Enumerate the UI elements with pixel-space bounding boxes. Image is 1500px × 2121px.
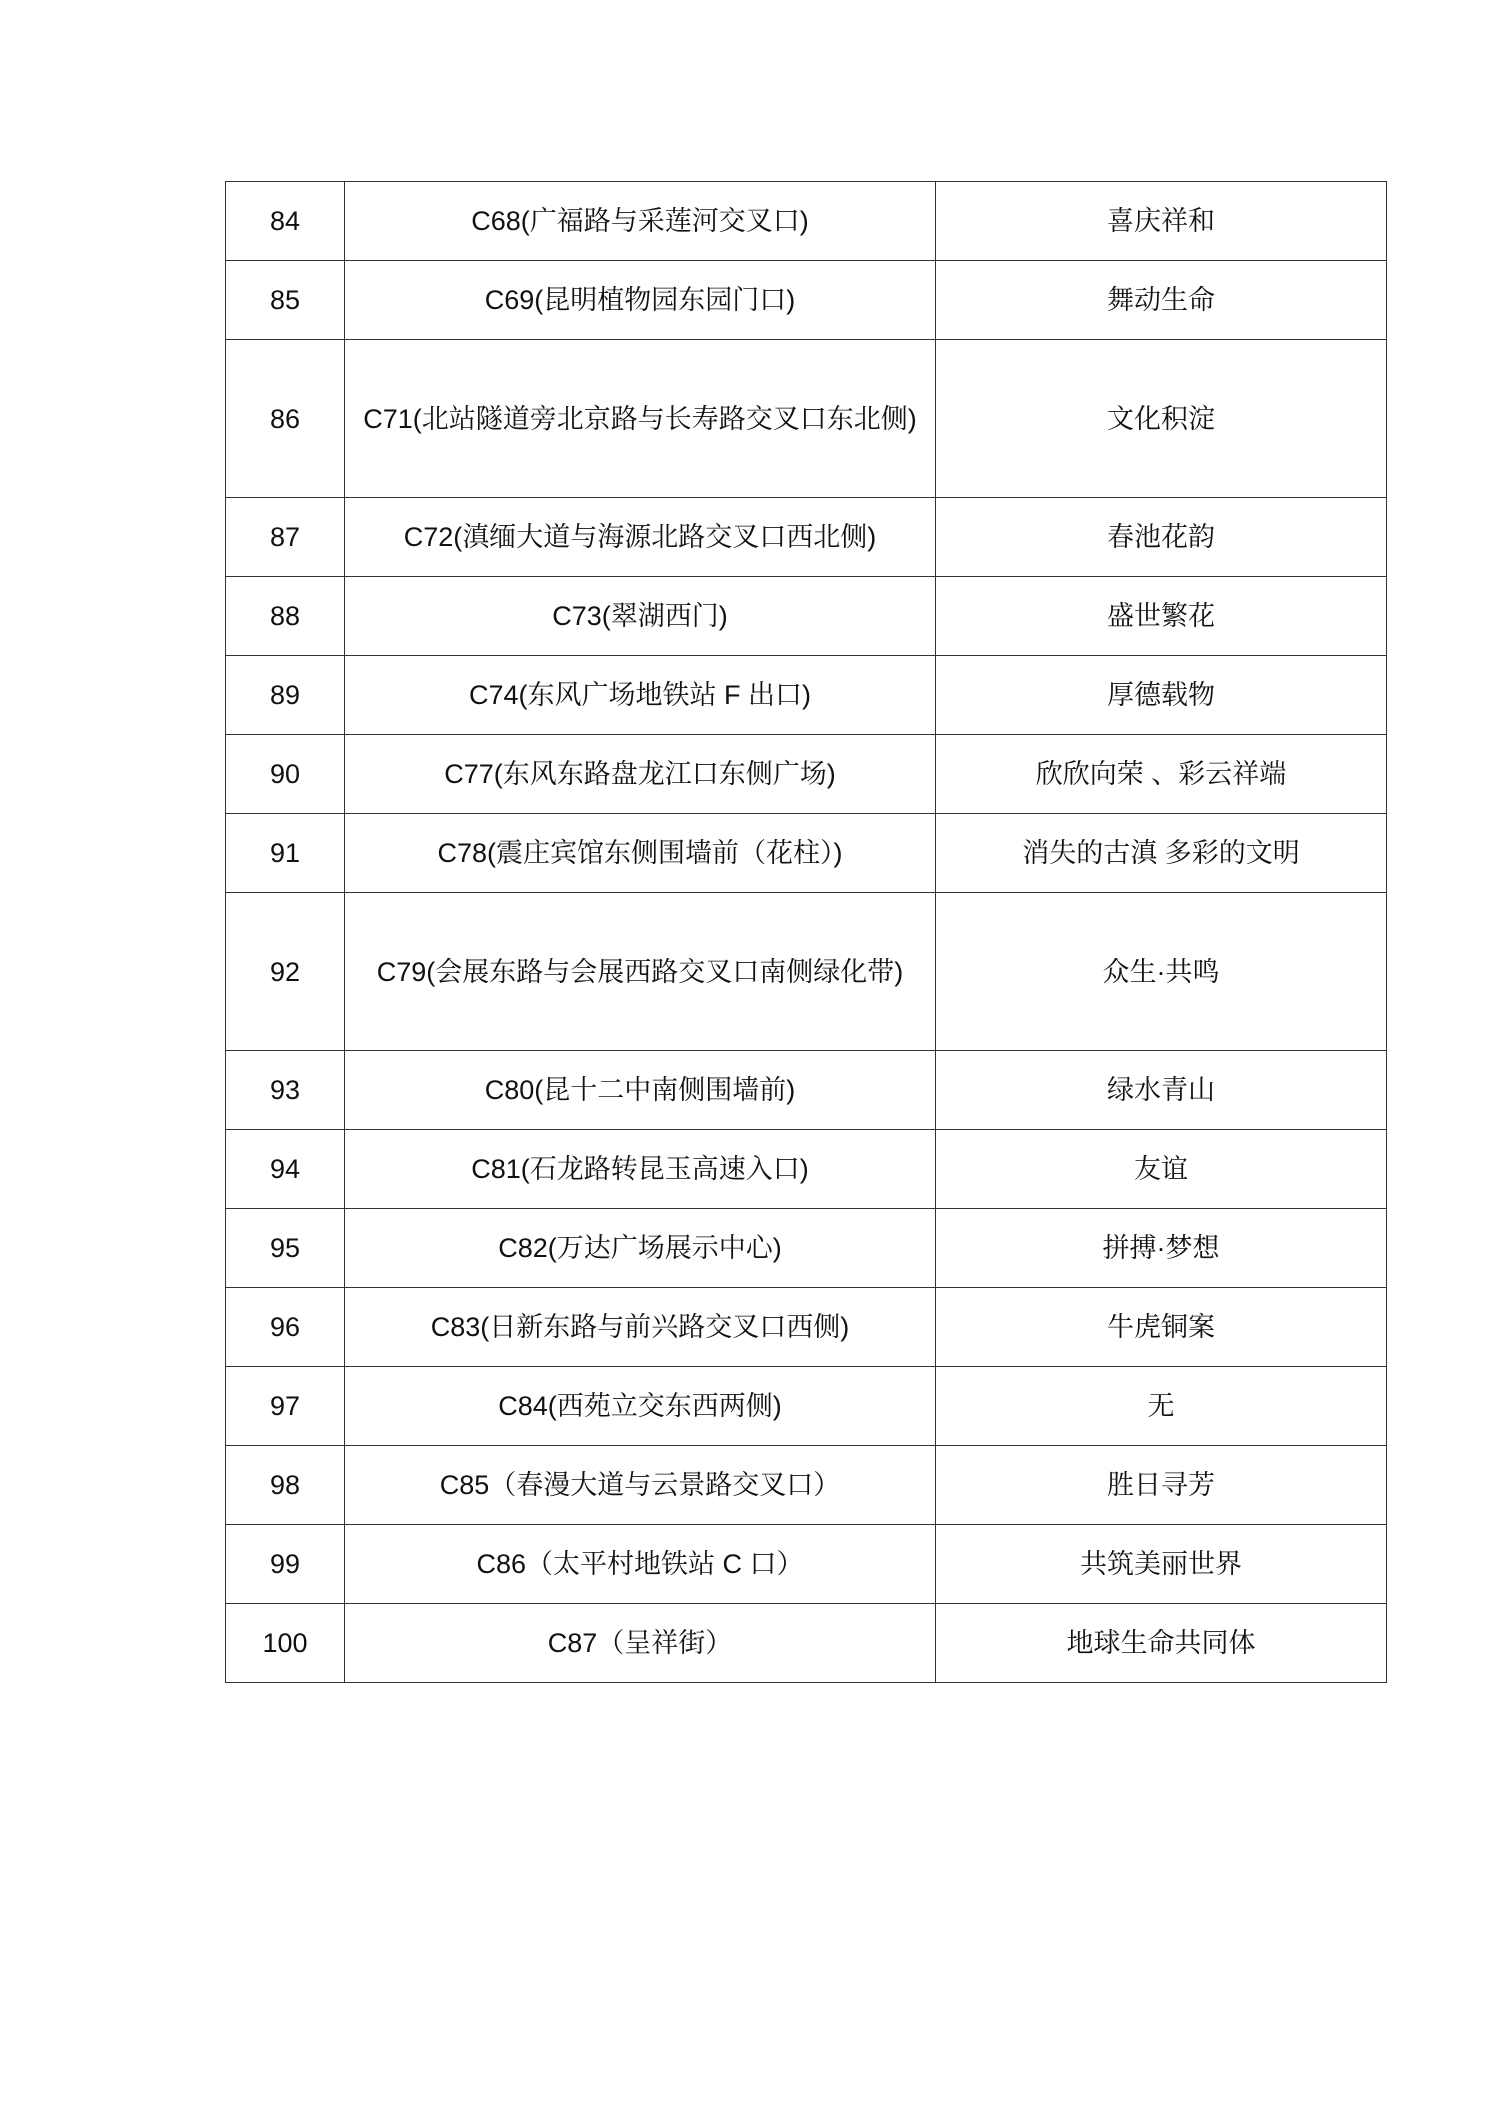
location-cell: C83(日新东路与前兴路交叉口西侧) [345,1288,936,1367]
table-row: 94 C81(石龙路转昆玉高速入口) 友谊 [226,1130,1387,1209]
table-body: 84 C68(广福路与采莲河交叉口) 喜庆祥和 85 C69(昆明植物园东园门口… [226,182,1387,1683]
location-cell: C86（太平村地铁站 C 口） [345,1525,936,1604]
sculpture-name-cell: 无 [936,1367,1387,1446]
location-cell: C74(东风广场地铁站 F 出口) [345,656,936,735]
row-number-cell: 95 [226,1209,345,1288]
sculpture-name-cell: 欣欣向荣 、彩云祥端 [936,735,1387,814]
location-cell: C77(东风东路盘龙江口东侧广场) [345,735,936,814]
row-number-cell: 94 [226,1130,345,1209]
table-row: 98 C85（春漫大道与云景路交叉口） 胜日寻芳 [226,1446,1387,1525]
row-number-cell: 86 [226,340,345,498]
row-number-cell: 98 [226,1446,345,1525]
location-cell: C69(昆明植物园东园门口) [345,261,936,340]
row-number-cell: 88 [226,577,345,656]
row-number-cell: 89 [226,656,345,735]
location-cell: C82(万达广场展示中心) [345,1209,936,1288]
table-row: 86 C71(北站隧道旁北京路与长寿路交叉口东北侧) 文化积淀 [226,340,1387,498]
location-cell: C78(震庄宾馆东侧围墙前（花柱）) [345,814,936,893]
location-cell: C71(北站隧道旁北京路与长寿路交叉口东北侧) [345,340,936,498]
location-cell: C80(昆十二中南侧围墙前) [345,1051,936,1130]
row-number-cell: 85 [226,261,345,340]
location-cell: C87（呈祥街） [345,1604,936,1683]
row-number-cell: 100 [226,1604,345,1683]
sculpture-location-table: 84 C68(广福路与采莲河交叉口) 喜庆祥和 85 C69(昆明植物园东园门口… [225,181,1387,1683]
table-row: 93 C80(昆十二中南侧围墙前) 绿水青山 [226,1051,1387,1130]
table-row: 96 C83(日新东路与前兴路交叉口西侧) 牛虎铜案 [226,1288,1387,1367]
row-number-cell: 91 [226,814,345,893]
row-number-cell: 96 [226,1288,345,1367]
table-row: 97 C84(西苑立交东西两侧) 无 [226,1367,1387,1446]
row-number-cell: 90 [226,735,345,814]
sculpture-name-cell: 喜庆祥和 [936,182,1387,261]
sculpture-name-cell: 众生·共鸣 [936,893,1387,1051]
row-number-cell: 99 [226,1525,345,1604]
sculpture-name-cell: 拼搏·梦想 [936,1209,1387,1288]
sculpture-name-cell: 绿水青山 [936,1051,1387,1130]
row-number-cell: 92 [226,893,345,1051]
row-number-cell: 97 [226,1367,345,1446]
sculpture-name-cell: 牛虎铜案 [936,1288,1387,1367]
sculpture-name-cell: 舞动生命 [936,261,1387,340]
sculpture-name-cell: 盛世繁花 [936,577,1387,656]
table-row: 100 C87（呈祥街） 地球生命共同体 [226,1604,1387,1683]
table-row: 89 C74(东风广场地铁站 F 出口) 厚德载物 [226,656,1387,735]
location-cell: C81(石龙路转昆玉高速入口) [345,1130,936,1209]
table-row: 84 C68(广福路与采莲河交叉口) 喜庆祥和 [226,182,1387,261]
table-row: 88 C73(翠湖西门) 盛世繁花 [226,577,1387,656]
location-cell: C85（春漫大道与云景路交叉口） [345,1446,936,1525]
location-cell: C79(会展东路与会展西路交叉口南侧绿化带) [345,893,936,1051]
row-number-cell: 87 [226,498,345,577]
table-row: 91 C78(震庄宾馆东侧围墙前（花柱）) 消失的古滇 多彩的文明 [226,814,1387,893]
row-number-cell: 93 [226,1051,345,1130]
sculpture-name-cell: 胜日寻芳 [936,1446,1387,1525]
location-cell: C72(滇缅大道与海源北路交叉口西北侧) [345,498,936,577]
sculpture-name-cell: 消失的古滇 多彩的文明 [936,814,1387,893]
location-cell: C73(翠湖西门) [345,577,936,656]
table-row: 92 C79(会展东路与会展西路交叉口南侧绿化带) 众生·共鸣 [226,893,1387,1051]
table-row: 99 C86（太平村地铁站 C 口） 共筑美丽世界 [226,1525,1387,1604]
sculpture-name-cell: 地球生命共同体 [936,1604,1387,1683]
table-row: 90 C77(东风东路盘龙江口东侧广场) 欣欣向荣 、彩云祥端 [226,735,1387,814]
table-row: 87 C72(滇缅大道与海源北路交叉口西北侧) 春池花韵 [226,498,1387,577]
sculpture-name-cell: 共筑美丽世界 [936,1525,1387,1604]
table-row: 95 C82(万达广场展示中心) 拼搏·梦想 [226,1209,1387,1288]
sculpture-name-cell: 友谊 [936,1130,1387,1209]
table-row: 85 C69(昆明植物园东园门口) 舞动生命 [226,261,1387,340]
sculpture-name-cell: 厚德载物 [936,656,1387,735]
location-cell: C68(广福路与采莲河交叉口) [345,182,936,261]
row-number-cell: 84 [226,182,345,261]
sculpture-name-cell: 春池花韵 [936,498,1387,577]
location-cell: C84(西苑立交东西两侧) [345,1367,936,1446]
sculpture-name-cell: 文化积淀 [936,340,1387,498]
